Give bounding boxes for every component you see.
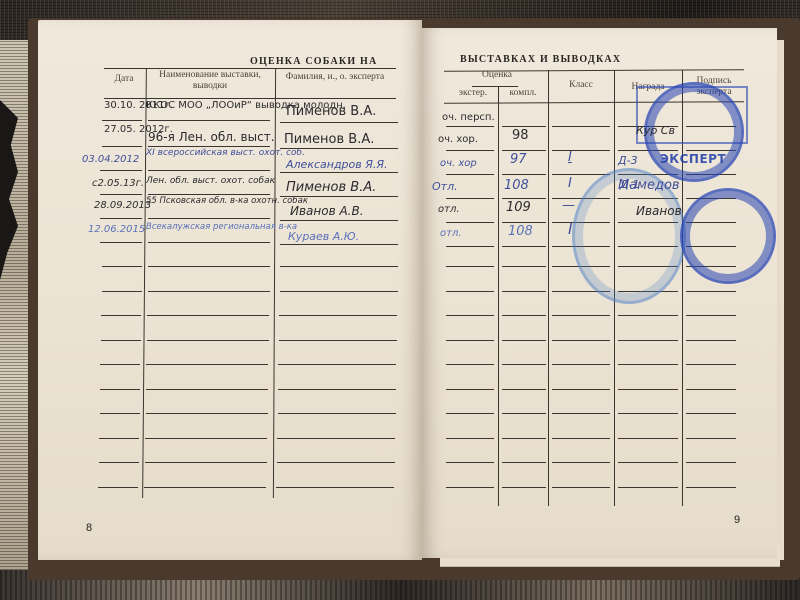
column-header-date: Дата (106, 74, 142, 85)
right-page: ВЫСТАВКАХ И ВЫВОДКАХ Оценка экстер. комп… (422, 28, 777, 558)
row-rule (145, 462, 267, 463)
row-rule (446, 487, 494, 488)
row-event: Всекалужская региональная в-ка (146, 222, 297, 232)
row-rule (101, 340, 141, 341)
row-exterior: Отл. (432, 180, 458, 193)
row-rule (145, 438, 267, 439)
left-page: ОЦЕНКА СОБАКИ НА Дата Наименование выста… (38, 20, 422, 560)
row-exterior: оч. хор (440, 158, 477, 169)
row-class: — (562, 198, 575, 213)
column-header-event: Наименование выставки, выводки (150, 70, 270, 92)
row-exterior: оч. хор. (438, 134, 478, 145)
row-rule (552, 487, 610, 488)
row-rule (618, 413, 678, 414)
header-bottom-rule (104, 98, 396, 99)
row-rule (502, 266, 546, 267)
row-rule (502, 126, 546, 127)
header-top-rule (104, 68, 396, 69)
breeding-round-stamp (680, 188, 776, 284)
row-rule (686, 438, 736, 439)
row-date: 28.09.2013 (94, 200, 151, 211)
row-rule (99, 462, 139, 463)
row-rule (446, 364, 494, 365)
row-expert: Пименов В.А. (286, 104, 376, 119)
row-expert: Иванов А.В. (290, 204, 364, 218)
row-date: 12.06.2015 (88, 224, 145, 235)
row-rule (686, 389, 736, 390)
row-rule (146, 364, 268, 365)
row-rule (502, 246, 546, 247)
row-class: I (568, 150, 572, 165)
row-expert: Пименов В.А. (284, 132, 374, 147)
row-rule (502, 389, 546, 390)
row-rule (276, 487, 394, 488)
row-rule (686, 462, 736, 463)
row-rule (552, 315, 610, 316)
row-rule (502, 174, 546, 175)
row-rule (618, 340, 678, 341)
row-rule (277, 438, 395, 439)
column-divider (498, 86, 499, 506)
row-rule (146, 413, 268, 414)
row-event: Лен. обл. выст. охот. собак (146, 176, 275, 186)
row-rule (686, 340, 736, 341)
row-rule (552, 340, 610, 341)
left-page-title: ОЦЕНКА СОБАКИ НА (250, 56, 377, 67)
row-rule (446, 222, 494, 223)
row-rule (144, 487, 266, 488)
row-exterior: отл. (438, 204, 460, 215)
column-header-exterior: экстер. (448, 88, 498, 99)
row-rule (686, 291, 736, 292)
row-rule (502, 462, 546, 463)
row-rule (446, 438, 494, 439)
row-complex: 97 (510, 152, 527, 167)
row-rule (446, 413, 494, 414)
row-rule (148, 218, 270, 219)
row-rule (502, 150, 546, 151)
row-exterior: отл. (440, 228, 462, 239)
row-event: 55 Псковская обл. в-ка охотн. собак (146, 196, 308, 206)
row-rule (502, 413, 546, 414)
row-rule (278, 389, 396, 390)
row-rule (502, 340, 546, 341)
row-complex: 108 (504, 178, 529, 193)
row-rule (100, 413, 140, 414)
row-rule (446, 291, 494, 292)
row-complex: 108 (508, 224, 533, 239)
row-rule (552, 126, 610, 127)
row-rule (446, 174, 494, 175)
expert-signature: Иванов (636, 204, 682, 218)
row-rule (446, 246, 494, 247)
expert-signature: Мамедов (618, 178, 680, 193)
row-rule (552, 462, 610, 463)
column-header-complex: компл. (500, 88, 546, 99)
row-rule (102, 120, 142, 121)
row-rule (280, 220, 398, 221)
row-rule (552, 150, 610, 151)
right-page-title: ВЫСТАВКАХ И ВЫВОДКАХ (460, 54, 621, 65)
row-rule (280, 266, 398, 267)
row-rule (502, 364, 546, 365)
row-date: 03.04.2012 (82, 154, 139, 165)
row-rule (148, 242, 270, 243)
row-rule (102, 266, 142, 267)
row-rule (446, 315, 494, 316)
row-rule (280, 244, 398, 245)
row-rule (280, 196, 398, 197)
row-rule (278, 364, 396, 365)
row-date: с2.05.13г. (92, 178, 144, 189)
row-rule (100, 218, 142, 219)
column-divider (548, 70, 549, 506)
row-rule (552, 364, 610, 365)
row-rule (148, 291, 270, 292)
row-rule (148, 194, 270, 195)
row-rule (686, 487, 736, 488)
row-rule (618, 364, 678, 365)
row-rule (280, 172, 398, 173)
row-rule (147, 315, 269, 316)
row-rule (99, 438, 139, 439)
row-complex: 109 (506, 200, 531, 215)
row-exterior: оч. персп. (442, 112, 495, 123)
row-rule (446, 462, 494, 463)
row-rule (618, 462, 678, 463)
row-rule (102, 291, 142, 292)
row-rule (100, 364, 140, 365)
row-rule (446, 340, 494, 341)
row-rule (552, 438, 610, 439)
row-rule (100, 242, 142, 243)
column-header-expert: Фамилия, и., о. эксперта (280, 72, 390, 83)
row-rule (618, 389, 678, 390)
row-rule (279, 315, 397, 316)
row-award: Д-3 (618, 154, 638, 167)
row-rule (502, 438, 546, 439)
row-rule (101, 315, 141, 316)
row-rule (552, 389, 610, 390)
column-header-class: Класс (550, 80, 612, 91)
row-rule (446, 266, 494, 267)
row-rule (280, 148, 398, 149)
row-rule (148, 170, 270, 171)
row-expert: Пименов В.А. (286, 180, 376, 195)
row-rule (502, 291, 546, 292)
row-expert: Кураев А.Ю. (288, 230, 359, 243)
row-rule (502, 315, 546, 316)
row-rule (686, 364, 736, 365)
row-rule (686, 413, 736, 414)
expert-stamp-label: ЭКСПЕРТ (660, 152, 726, 166)
row-rule (686, 315, 736, 316)
row-complex: 98 (512, 128, 529, 143)
row-rule (277, 462, 395, 463)
page-number: 8 (86, 522, 92, 534)
row-rule (100, 194, 142, 195)
column-header-score: Оценка (462, 70, 532, 81)
row-rule (446, 389, 494, 390)
row-rule (446, 126, 494, 127)
row-rule (502, 198, 546, 199)
row-rule (148, 266, 270, 267)
row-rule (552, 174, 610, 175)
row-rule (278, 413, 396, 414)
row-rule (279, 340, 397, 341)
row-rule (100, 389, 140, 390)
row-rule (280, 122, 398, 123)
page-number: 9 (734, 514, 740, 526)
row-rule (146, 389, 268, 390)
row-rule (148, 146, 270, 147)
row-rule (446, 198, 494, 199)
row-rule (502, 487, 546, 488)
row-rule (618, 487, 678, 488)
row-class: I (568, 176, 572, 191)
row-expert: Александров Я.Я. (286, 158, 388, 171)
row-rule (618, 315, 678, 316)
row-rule (98, 487, 138, 488)
row-rule (147, 340, 269, 341)
row-rule (100, 170, 142, 171)
row-rule (148, 120, 270, 121)
row-rule (102, 146, 142, 147)
row-event: 96-я Лен. обл. выст. (148, 130, 275, 144)
row-rule (552, 413, 610, 414)
row-event: XI всероссийская выст. охот. соб. (146, 148, 305, 158)
expert-signature: Кур Св (636, 124, 675, 137)
score-subrule (472, 86, 518, 87)
row-rule (502, 222, 546, 223)
row-rule (446, 150, 494, 151)
row-rule (618, 438, 678, 439)
row-rule (280, 291, 398, 292)
